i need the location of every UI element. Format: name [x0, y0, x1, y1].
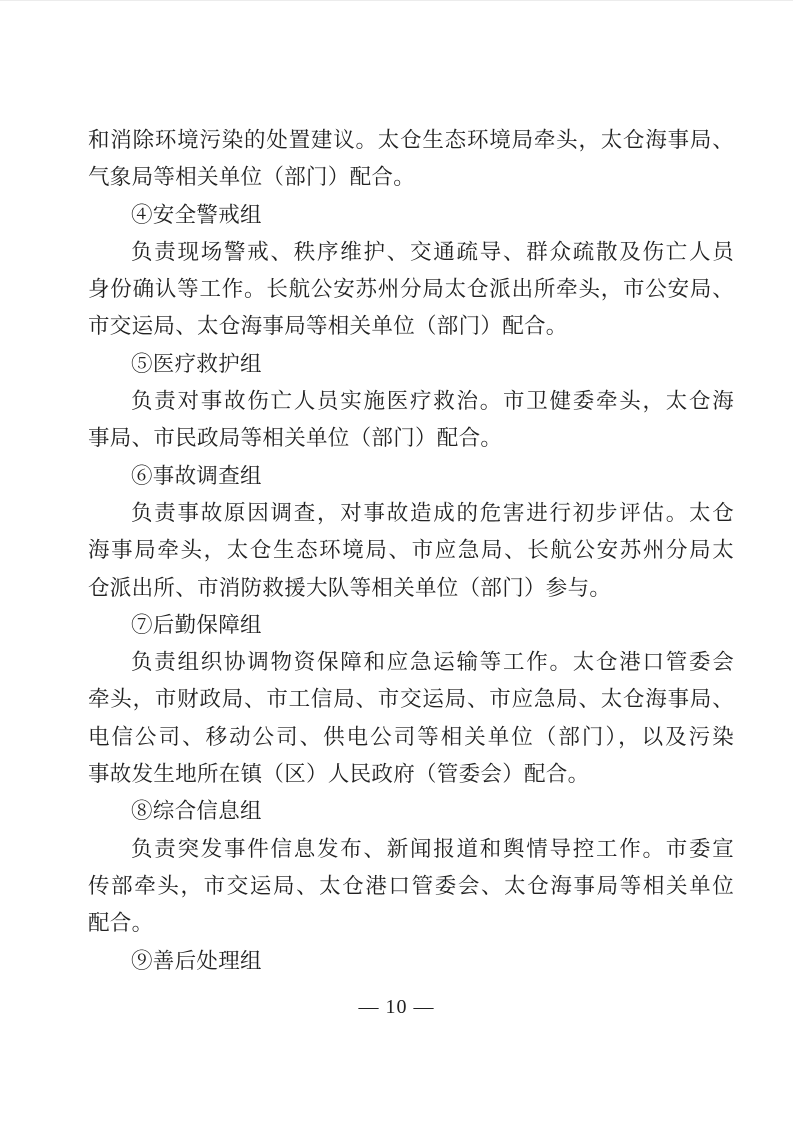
text-line: ⑧综合信息组	[88, 793, 734, 830]
page-number: — 10 —	[0, 996, 793, 1019]
text-line: 市交运局、太仓海事局等相关单位（部门）配合。	[88, 308, 734, 345]
text-line: 仓派出所、市消防救援大队等相关单位（部门）参与。	[88, 570, 734, 607]
text-line: 负责对事故伤亡人员实施医疗救治。市卫健委牵头，太仓海	[88, 383, 734, 420]
text-line: 和消除环境污染的处置建议。太仓生态环境局牵头，太仓海事局、	[88, 122, 734, 159]
text-line: 传部牵头，市交运局、太仓港口管委会、太仓海事局等相关单位	[88, 868, 734, 905]
text-line: 电信公司、移动公司、供电公司等相关单位（部门），以及污染	[88, 719, 734, 756]
text-line: 牵头，市财政局、市工信局、市交运局、市应急局、太仓海事局、	[88, 681, 734, 718]
text-line: 身份确认等工作。长航公安苏州分局太仓派出所牵头，市公安局、	[88, 271, 734, 308]
text-line: ⑥事故调查组	[88, 458, 734, 495]
text-line: 负责组织协调物资保障和应急运输等工作。太仓港口管委会	[88, 644, 734, 681]
text-line: 气象局等相关单位（部门）配合。	[88, 159, 734, 196]
text-line: ⑤医疗救护组	[88, 346, 734, 383]
text-line: ⑦后勤保障组	[88, 607, 734, 644]
text-line: 事局、市民政局等相关单位（部门）配合。	[88, 420, 734, 457]
text-line: 配合。	[88, 905, 734, 942]
document-page: 和消除环境污染的处置建议。太仓生态环境局牵头，太仓海事局、气象局等相关单位（部门…	[0, 0, 793, 1122]
text-line: 事故发生地所在镇（区）人民政府（管委会）配合。	[88, 756, 734, 793]
document-lines: 和消除环境污染的处置建议。太仓生态环境局牵头，太仓海事局、气象局等相关单位（部门…	[88, 122, 734, 980]
text-line: 负责事故原因调查，对事故造成的危害进行初步评估。太仓	[88, 495, 734, 532]
text-line: ⑨善后处理组	[88, 943, 734, 980]
text-line: 海事局牵头，太仓生态环境局、市应急局、长航公安苏州分局太	[88, 532, 734, 569]
text-line: 负责现场警戒、秩序维护、交通疏导、群众疏散及伤亡人员	[88, 234, 734, 271]
text-line: 负责突发事件信息发布、新闻报道和舆情导控工作。市委宣	[88, 831, 734, 868]
text-line: ④安全警戒组	[88, 197, 734, 234]
